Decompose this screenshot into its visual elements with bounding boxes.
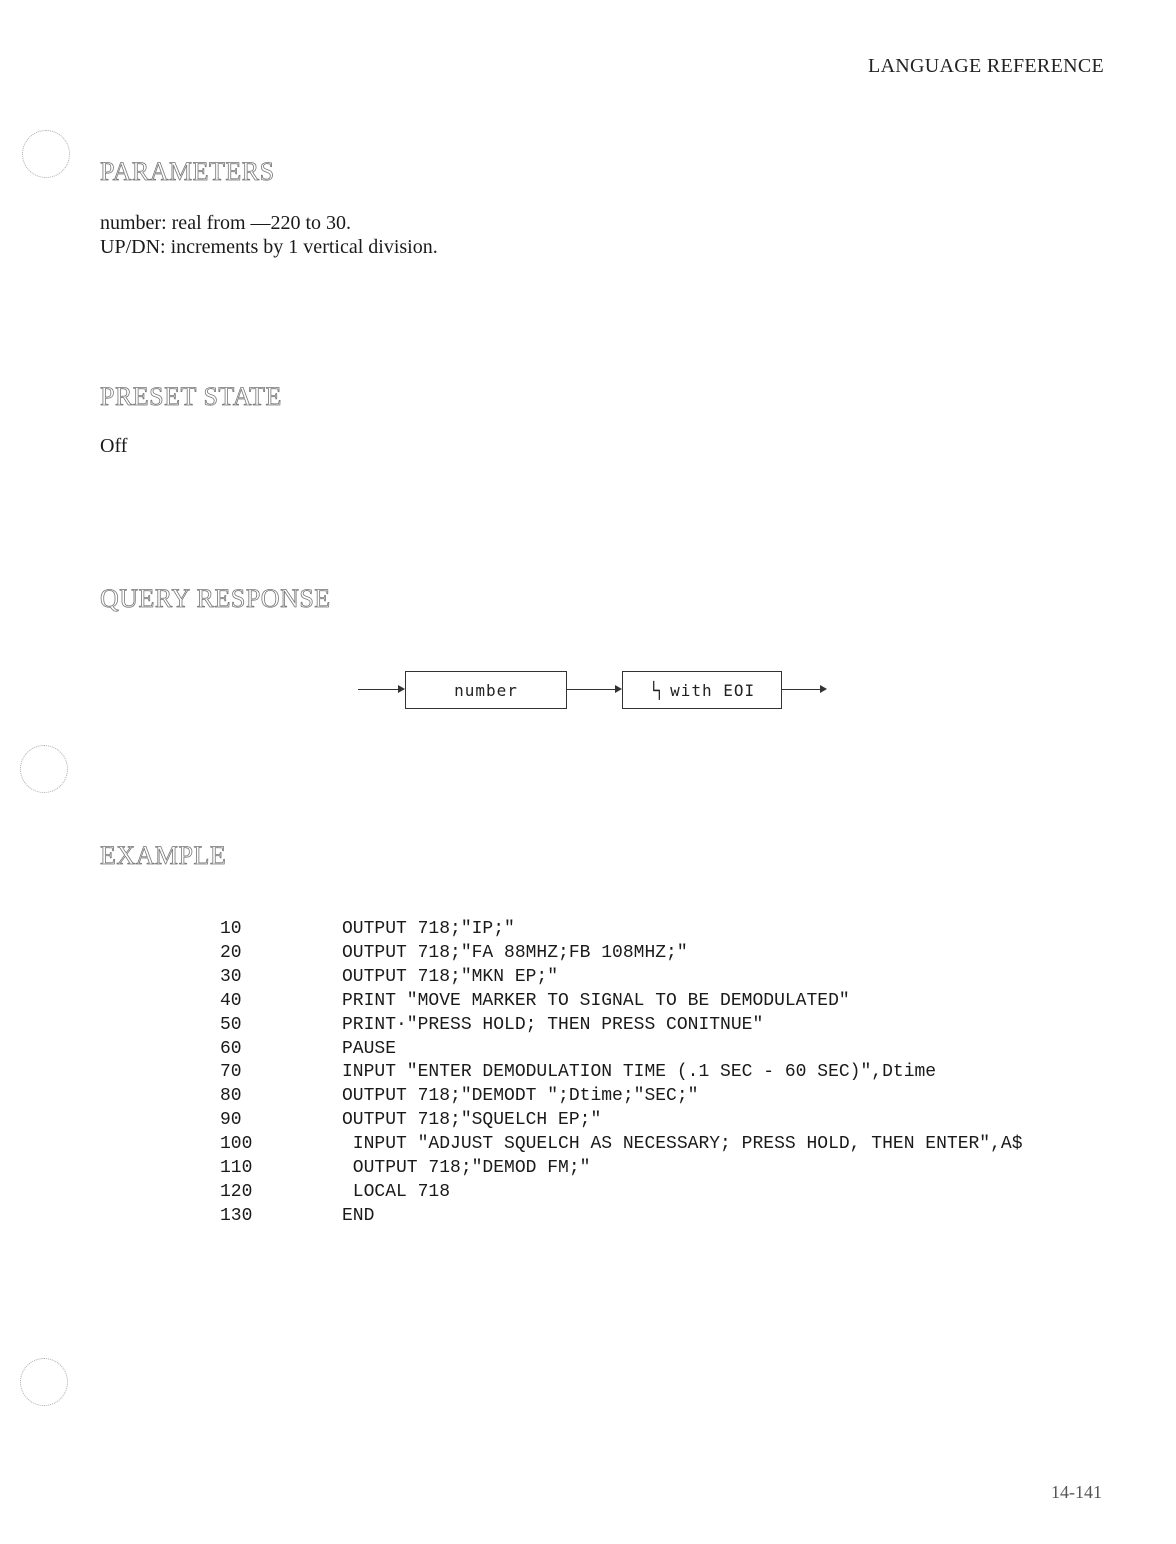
line-number: 20 xyxy=(220,942,342,966)
page-header: LANGUAGE REFERENCE xyxy=(868,55,1104,78)
line-number: 90 xyxy=(220,1109,342,1133)
line-number: 30 xyxy=(220,966,342,990)
line-number: 10 xyxy=(220,918,342,942)
line-number: 100 xyxy=(220,1133,342,1157)
lf-with-eoi-label: with EOI xyxy=(670,681,755,700)
query-response-heading: QUERY RESPONSE xyxy=(100,584,331,614)
code-text: OUTPUT 718;"MKN EP;" xyxy=(342,966,558,990)
diagram-line xyxy=(358,689,398,690)
code-line: 50PRINT·"PRESS HOLD; THEN PRESS CONITNUE… xyxy=(220,1014,1023,1038)
code-line: 30OUTPUT 718;"MKN EP;" xyxy=(220,966,1023,990)
code-line: 90OUTPUT 718;"SQUELCH EP;" xyxy=(220,1109,1023,1133)
arrow-icon xyxy=(820,685,827,693)
line-number: 130 xyxy=(220,1205,342,1229)
line-number: 80 xyxy=(220,1085,342,1109)
example-code-listing: 10OUTPUT 718;"IP;" 20OUTPUT 718;"FA 88MH… xyxy=(220,918,1023,1229)
preset-state-value: Off xyxy=(100,434,127,458)
code-line: 110 OUTPUT 718;"DEMOD FM;" xyxy=(220,1157,1023,1181)
binder-hole-icon xyxy=(20,1358,68,1406)
code-line: 100 INPUT "ADJUST SQUELCH AS NECESSARY; … xyxy=(220,1133,1023,1157)
code-text: PRINT·"PRESS HOLD; THEN PRESS CONITNUE" xyxy=(342,1014,763,1038)
parameters-line-number: number: real from —220 to 30. xyxy=(100,211,438,235)
line-number: 60 xyxy=(220,1038,342,1062)
preset-state-heading: PRESET STATE xyxy=(100,382,282,412)
code-text: OUTPUT 718;"DEMODT ";Dtime;"SEC;" xyxy=(342,1085,698,1109)
code-text: LOCAL 718 xyxy=(342,1181,450,1205)
linefeed-icon: └┐ xyxy=(649,681,660,700)
code-text: OUTPUT 718;"IP;" xyxy=(342,918,515,942)
arrow-icon xyxy=(615,685,622,693)
diagram-line xyxy=(782,689,820,690)
arrow-icon xyxy=(398,685,405,693)
line-number: 120 xyxy=(220,1181,342,1205)
example-heading: EXAMPLE xyxy=(100,841,226,871)
code-line: 80OUTPUT 718;"DEMODT ";Dtime;"SEC;" xyxy=(220,1085,1023,1109)
syntax-diagram: number └┐ with EOI xyxy=(358,668,838,712)
number-box: number xyxy=(405,671,567,709)
line-number: 110 xyxy=(220,1157,342,1181)
code-text: INPUT "ENTER DEMODULATION TIME (.1 SEC -… xyxy=(342,1061,936,1085)
line-number: 70 xyxy=(220,1061,342,1085)
code-line: 130END xyxy=(220,1205,1023,1229)
binder-hole-icon xyxy=(22,130,70,178)
code-line: 60PAUSE xyxy=(220,1038,1023,1062)
number-box-label: number xyxy=(454,681,518,700)
lf-with-eoi-box: └┐ with EOI xyxy=(622,671,782,709)
parameters-text: number: real from —220 to 30. UP/DN: inc… xyxy=(100,211,438,259)
code-text: PRINT "MOVE MARKER TO SIGNAL TO BE DEMOD… xyxy=(342,990,850,1014)
code-line: 70INPUT "ENTER DEMODULATION TIME (.1 SEC… xyxy=(220,1061,1023,1085)
code-line: 10OUTPUT 718;"IP;" xyxy=(220,918,1023,942)
code-text: INPUT "ADJUST SQUELCH AS NECESSARY; PRES… xyxy=(342,1133,1023,1157)
code-text: OUTPUT 718;"SQUELCH EP;" xyxy=(342,1109,601,1133)
page-number: 14-141 xyxy=(1051,1482,1102,1503)
code-text: END xyxy=(342,1205,374,1229)
code-text: PAUSE xyxy=(342,1038,396,1062)
code-line: 120 LOCAL 718 xyxy=(220,1181,1023,1205)
code-line: 20OUTPUT 718;"FA 88MHZ;FB 108MHZ;" xyxy=(220,942,1023,966)
parameters-heading: PARAMETERS xyxy=(100,157,275,187)
code-text: OUTPUT 718;"DEMOD FM;" xyxy=(342,1157,590,1181)
code-line: 40PRINT "MOVE MARKER TO SIGNAL TO BE DEM… xyxy=(220,990,1023,1014)
binder-hole-icon xyxy=(20,745,68,793)
parameters-line-updn: UP/DN: increments by 1 vertical division… xyxy=(100,235,438,259)
code-text: OUTPUT 718;"FA 88MHZ;FB 108MHZ;" xyxy=(342,942,688,966)
diagram-line xyxy=(567,689,615,690)
line-number: 40 xyxy=(220,990,342,1014)
line-number: 50 xyxy=(220,1014,342,1038)
